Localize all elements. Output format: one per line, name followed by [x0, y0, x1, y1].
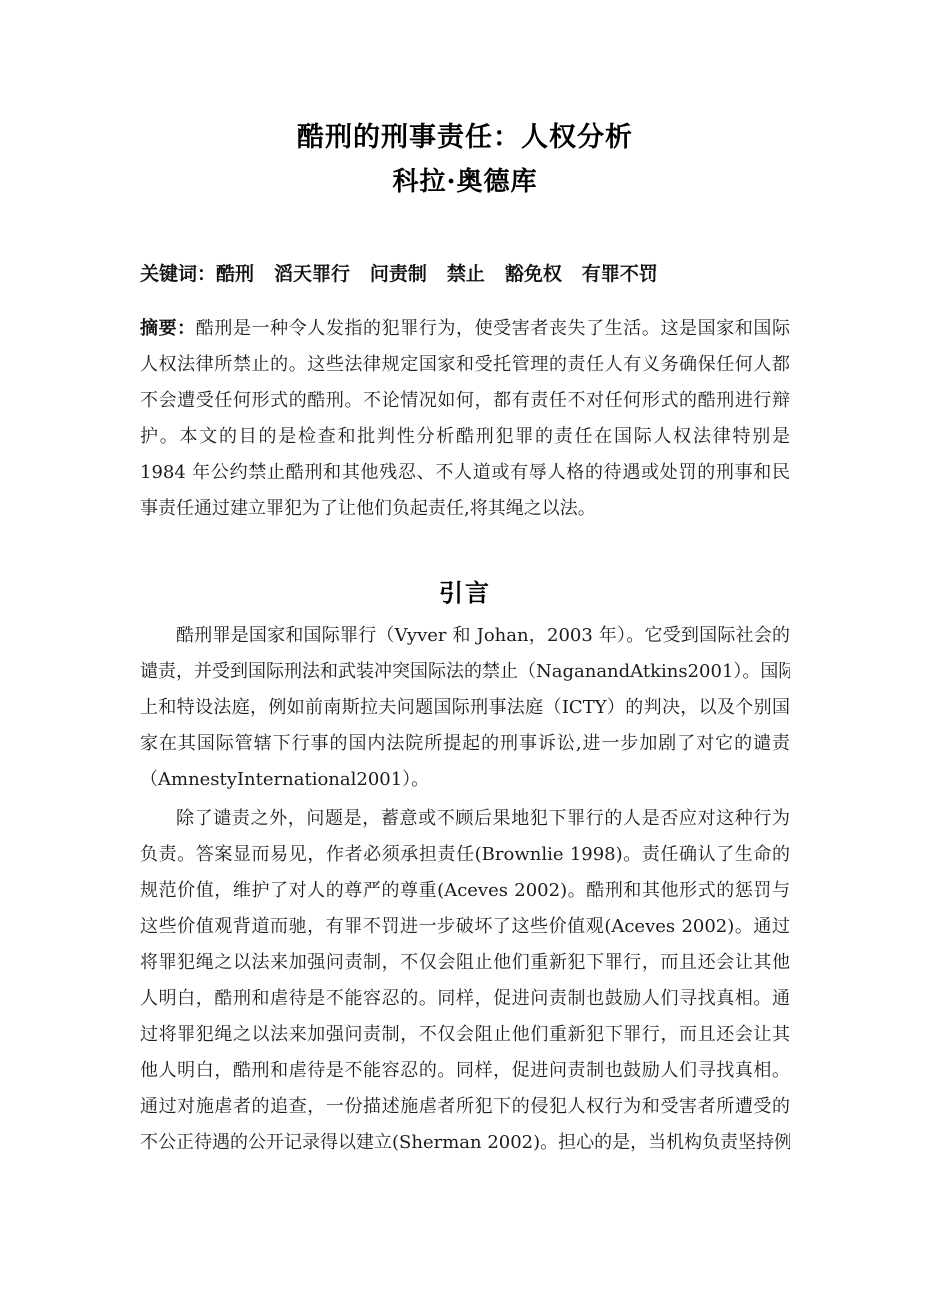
keyword-item: 问责制	[370, 263, 427, 285]
text-line: 事责任通过建立罪犯为了让他们负起责任,将其绳之以法。	[140, 491, 790, 527]
keyword-item: 滔天罪行	[274, 263, 350, 285]
text-line: 1984 年公约禁止酷刑和其他残忍、不人道或有辱人格的待遇或处罚的刑事和民	[140, 455, 790, 491]
keyword-item: 有罪不罚	[582, 263, 658, 285]
document-author: 科拉·奥德库	[140, 160, 790, 205]
text-line: 规范价值，维护了对人的尊严的尊重(Aceves 2002)。酷刑和其他形式的惩罚…	[140, 873, 790, 909]
keywords-list: 酷刑滔天罪行问责制禁止豁免权有罪不罚	[216, 263, 658, 285]
text-line: 不公正待遇的公开记录得以建立(Sherman 2002)。担心的是，当机构负责坚…	[140, 1125, 790, 1161]
abstract-label: 摘要：	[140, 318, 196, 339]
text-line: 人权法律所禁止的。这些法律规定国家和受托管理的责任人有义务确保任何人都	[140, 347, 790, 383]
text-line: 这些价值观背道而驰，有罪不罚进一步破坏了这些价值观(Aceves 2002)。通…	[140, 909, 790, 945]
keyword-item: 酷刑	[216, 263, 254, 285]
text-line: （AmnestyInternational2001）。	[140, 762, 790, 798]
text-line: 除了谴责之外，问题是，蓄意或不顾后果地犯下罪行的人是否应对这种行为	[140, 801, 790, 837]
text-line: 护。本文的目的是检查和批判性分析酷刑犯罪的责任在国际人权法律特别是	[140, 419, 790, 455]
text-line: 通过对施虐者的追查，一份描述施虐者所犯下的侵犯人权行为和受害者所遭受的	[140, 1089, 790, 1125]
document-content: 酷刑的刑事责任：人权分析 科拉·奥德库 关键词：酷刑滔天罪行问责制禁止豁免权有罪…	[140, 0, 790, 1161]
introduction-body: 酷刑罪是国家和国际罪行（Vyver 和 Johan，2003 年）。它受到国际社…	[140, 618, 790, 1161]
paragraph: 酷刑罪是国家和国际罪行（Vyver 和 Johan，2003 年）。它受到国际社…	[140, 618, 790, 798]
keywords-label: 关键词：	[140, 263, 216, 285]
keywords-line: 关键词：酷刑滔天罪行问责制禁止豁免权有罪不罚	[140, 256, 790, 292]
text-line: 过将罪犯绳之以法来加强问责制，不仅会阻止他们重新犯下罪行，而且还会让其	[140, 1017, 790, 1053]
text-line: 酷刑罪是国家和国际罪行（Vyver 和 Johan，2003 年）。它受到国际社…	[140, 618, 790, 654]
text-line: 不会遭受任何形式的酷刑。不论情况如何，都有责任不对任何形式的酷刑进行辩	[140, 383, 790, 419]
text-line: 将罪犯绳之以法来加强问责制，不仅会阻止他们重新犯下罪行，而且还会让其他	[140, 945, 790, 981]
text-line: 摘要：酷刑是一种令人发指的犯罪行为，使受害者丧失了生活。这是国家和国际	[140, 311, 790, 347]
section-heading-introduction: 引言	[140, 571, 790, 615]
abstract-block: 摘要：酷刑是一种令人发指的犯罪行为，使受害者丧失了生活。这是国家和国际人权法律所…	[140, 311, 790, 527]
text-line: 上和特设法庭，例如前南斯拉夫问题国际刑事法庭（ICTY）的判决，以及个别国	[140, 690, 790, 726]
text-line: 负责。答案显而易见，作者必须承担责任(Brownlie 1998)。责任确认了生…	[140, 837, 790, 873]
document-page: 酷刑的刑事责任：人权分析 科拉·奥德库 关键词：酷刑滔天罪行问责制禁止豁免权有罪…	[0, 0, 926, 1309]
keyword-item: 禁止	[447, 263, 485, 285]
text-line: 人明白，酷刑和虐待是不能容忍的。同样，促进问责制也鼓励人们寻找真相。通	[140, 981, 790, 1017]
text-line: 谴责，并受到国际刑法和武装冲突国际法的禁止（NaganandAtkins2001…	[140, 654, 790, 690]
text-line: 他人明白，酷刑和虐待是不能容忍的。同样，促进问责制也鼓励人们寻找真相。	[140, 1053, 790, 1089]
keyword-item: 豁免权	[505, 263, 562, 285]
paragraph: 除了谴责之外，问题是，蓄意或不顾后果地犯下罪行的人是否应对这种行为负责。答案显而…	[140, 801, 790, 1161]
document-title: 酷刑的刑事责任：人权分析	[140, 0, 790, 160]
text-line: 家在其国际管辖下行事的国内法院所提起的刑事诉讼,进一步加剧了对它的谴责	[140, 726, 790, 762]
